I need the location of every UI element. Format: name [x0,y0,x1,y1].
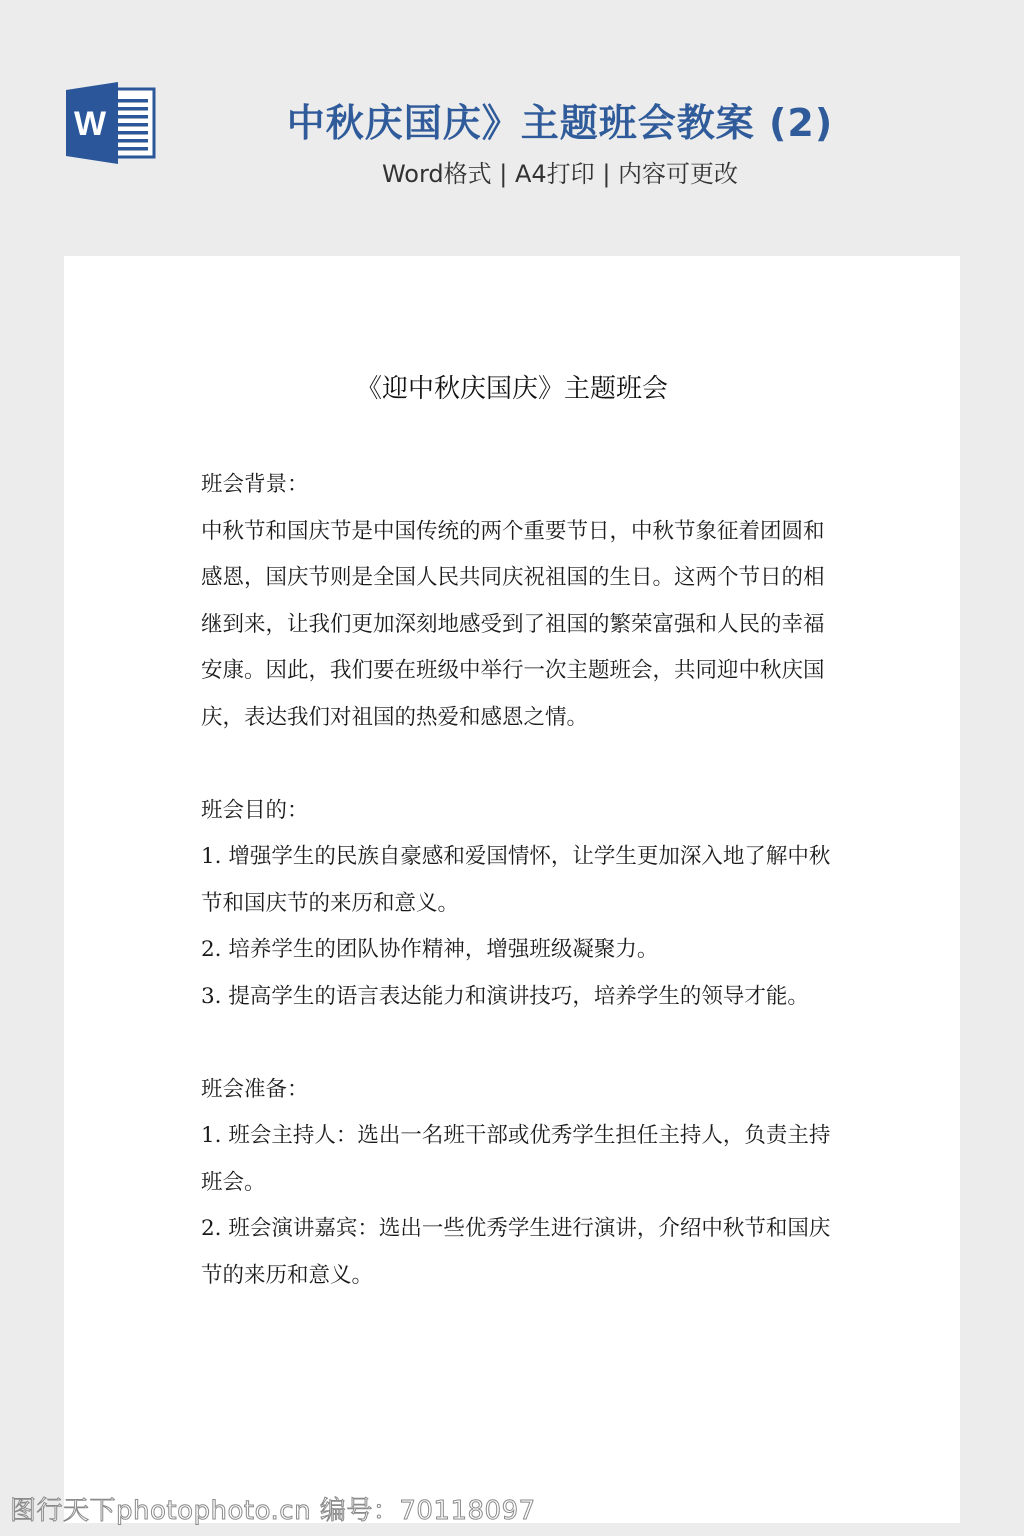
preparation-item: 2. 班会演讲嘉宾：选出一些优秀学生进行演讲，介绍中秋节和国庆节的来历和意义。 [201,1206,841,1299]
purpose-item: 2. 培养学生的团队协作精神，增强班级凝聚力。 [201,927,841,974]
preparation-item: 1. 班会主持人：选出一名班干部或优秀学生担任主持人，负责主持班会。 [201,1113,841,1206]
purpose-item: 1. 增强学生的民族自豪感和爱国情怀，让学生更加深入地了解中秋节和国庆节的来历和… [201,834,841,927]
section-heading-preparation: 班会准备： [201,1067,841,1114]
page-title: 中秋庆国庆》主题班会教案 (2) [240,92,880,147]
purpose-item: 3. 提高学生的语言表达能力和演讲技巧，培养学生的领导才能。 [201,974,841,1021]
background-paragraph: 中秋节和国庆节是中国传统的两个重要节日，中秋节象征着团圆和感恩，国庆节则是全国人… [201,509,841,742]
watermark-text: 图行天下photophoto.cn 编号：70118097 [10,1490,536,1527]
svg-text:W: W [74,105,107,143]
document-page: 《迎中秋庆国庆》主题班会 班会背景： 中秋节和国庆节是中国传统的两个重要节日，中… [64,256,960,1523]
header: W 中秋庆国庆》主题班会教案 (2) Word格式 | A4打印 | 内容可更改 [0,0,1024,256]
section-heading-purpose: 班会目的： [201,788,841,835]
document-title: 《迎中秋庆国庆》主题班会 [64,368,960,405]
section-heading-background: 班会背景： [201,462,841,509]
word-document-icon: W [64,82,156,164]
document-body: 班会背景： 中秋节和国庆节是中国传统的两个重要节日，中秋节象征着团圆和感恩，国庆… [201,462,841,1299]
page-subtitle: Word格式 | A4打印 | 内容可更改 [240,154,880,189]
